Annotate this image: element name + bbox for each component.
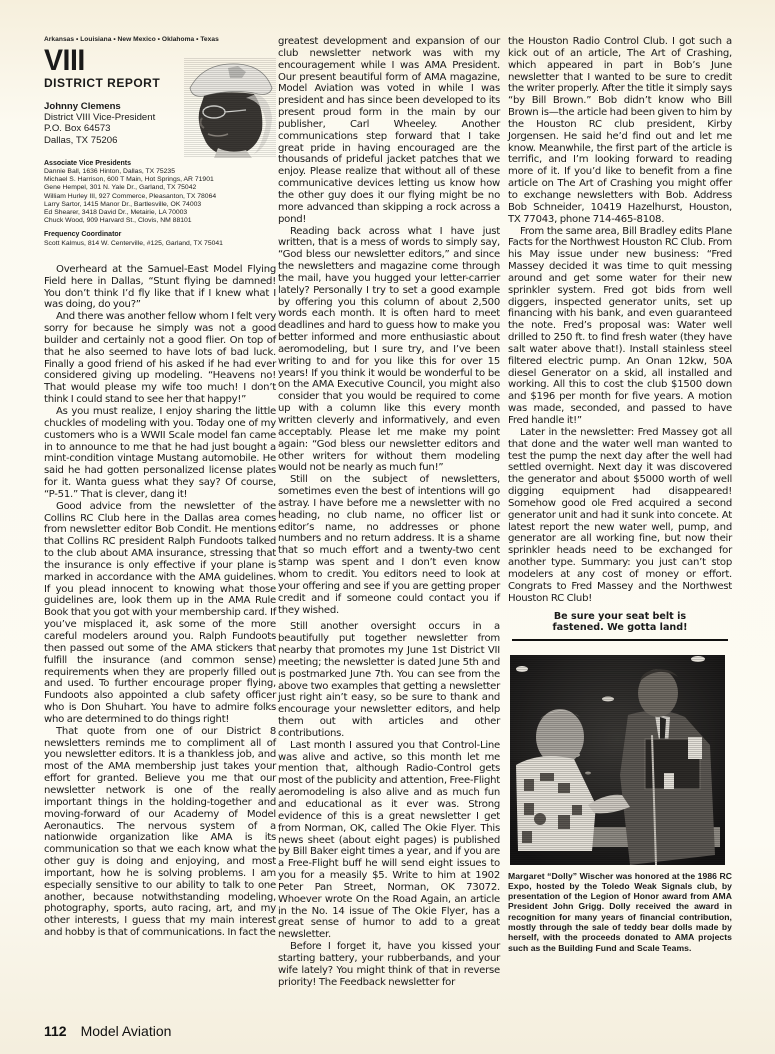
article-paragraph: Reading back across what I have just wri…: [278, 226, 500, 475]
award-photo: [510, 655, 725, 865]
article-paragraph: Still on the subject of newsletters, som…: [278, 474, 500, 616]
article-paragraph: Overheard at the Samuel-East Model Flyin…: [44, 264, 276, 311]
article-left-text: Overheard at the Samuel-East Model Flyin…: [44, 264, 276, 939]
article-paragraph: Later in the newsletter: Fred Massey got…: [508, 427, 732, 605]
associate-vps-block: Associate Vice Presidents Dannie Ball, 1…: [44, 160, 276, 226]
article-right-text: the Houston Radio Control Club. I got su…: [508, 36, 732, 605]
article-middle-text: greatest development and expansion of ou…: [278, 36, 500, 989]
left-column: Arkansas • Louisiana • New Mexico • Okla…: [44, 36, 276, 939]
page-number: 112: [44, 1023, 67, 1039]
signoff-line: Be sure your seat belt is: [508, 611, 732, 623]
page-footer: 112Model Aviation: [44, 1023, 171, 1039]
article-paragraph: Before I forget it, have you kissed your…: [278, 941, 500, 988]
article-paragraph: And there was another fellow whom I felt…: [44, 311, 276, 406]
article-paragraph: greatest development and expansion of ou…: [278, 36, 500, 226]
associate-vp: William Hurley III, 927 Commerce, Pleasa…: [44, 193, 276, 201]
associate-vp: Michael S. Harrison, 600 T Main, Hot Spr…: [44, 176, 276, 184]
middle-column: greatest development and expansion of ou…: [278, 36, 500, 989]
article-paragraph: As you must realize, I enjoy sharing the…: [44, 406, 276, 501]
article-paragraph: From the same area, Bill Bradley edits P…: [508, 226, 732, 427]
article-paragraph: Good advice from the newsletter of the C…: [44, 501, 276, 726]
article-paragraph: That quote from one of our District 8 ne…: [44, 726, 276, 939]
photo-caption: Margaret “Dolly” Wischer was honored at …: [508, 871, 732, 953]
associate-vp: Larry Sartor, 1415 Manor Dr., Bartlesvil…: [44, 201, 276, 209]
associate-vp: Dannie Ball, 1636 Hinton, Dallas, TX 752…: [44, 168, 276, 176]
article-paragraph: Still another oversight occurs in a beau…: [278, 621, 500, 739]
district-states: Arkansas • Louisiana • New Mexico • Okla…: [44, 36, 276, 43]
frequency-coordinator-block: Frequency Coordinator Scott Kalmus, 814 …: [44, 231, 276, 247]
right-column: the Houston Radio Control Club. I got su…: [508, 36, 732, 953]
associate-vp: Chuck Wood, 909 Harvard St., Clovis, NM …: [44, 217, 276, 225]
signoff-line: fastened. We gotta land!: [508, 622, 732, 634]
associate-vps-heading: Associate Vice Presidents: [44, 160, 276, 168]
portrait-photo: [184, 58, 276, 158]
article-paragraph: the Houston Radio Control Club. I got su…: [508, 36, 732, 226]
associate-vp: Ed Shearer, 3418 David Dr., Metairie, LA…: [44, 209, 276, 217]
signoff: Be sure your seat belt is fastened. We g…: [508, 611, 732, 634]
frequency-heading: Frequency Coordinator: [44, 231, 276, 239]
divider-rule: [512, 639, 728, 641]
article-paragraph: Last month I assured you that Control-Li…: [278, 740, 500, 941]
magazine-name: Model Aviation: [81, 1023, 172, 1039]
associate-vp: Gene Hempel, 301 N. Yale Dr., Garland, T…: [44, 184, 276, 192]
frequency-coordinator: Scott Kalmus, 814 W. Centerville, #125, …: [44, 240, 276, 248]
